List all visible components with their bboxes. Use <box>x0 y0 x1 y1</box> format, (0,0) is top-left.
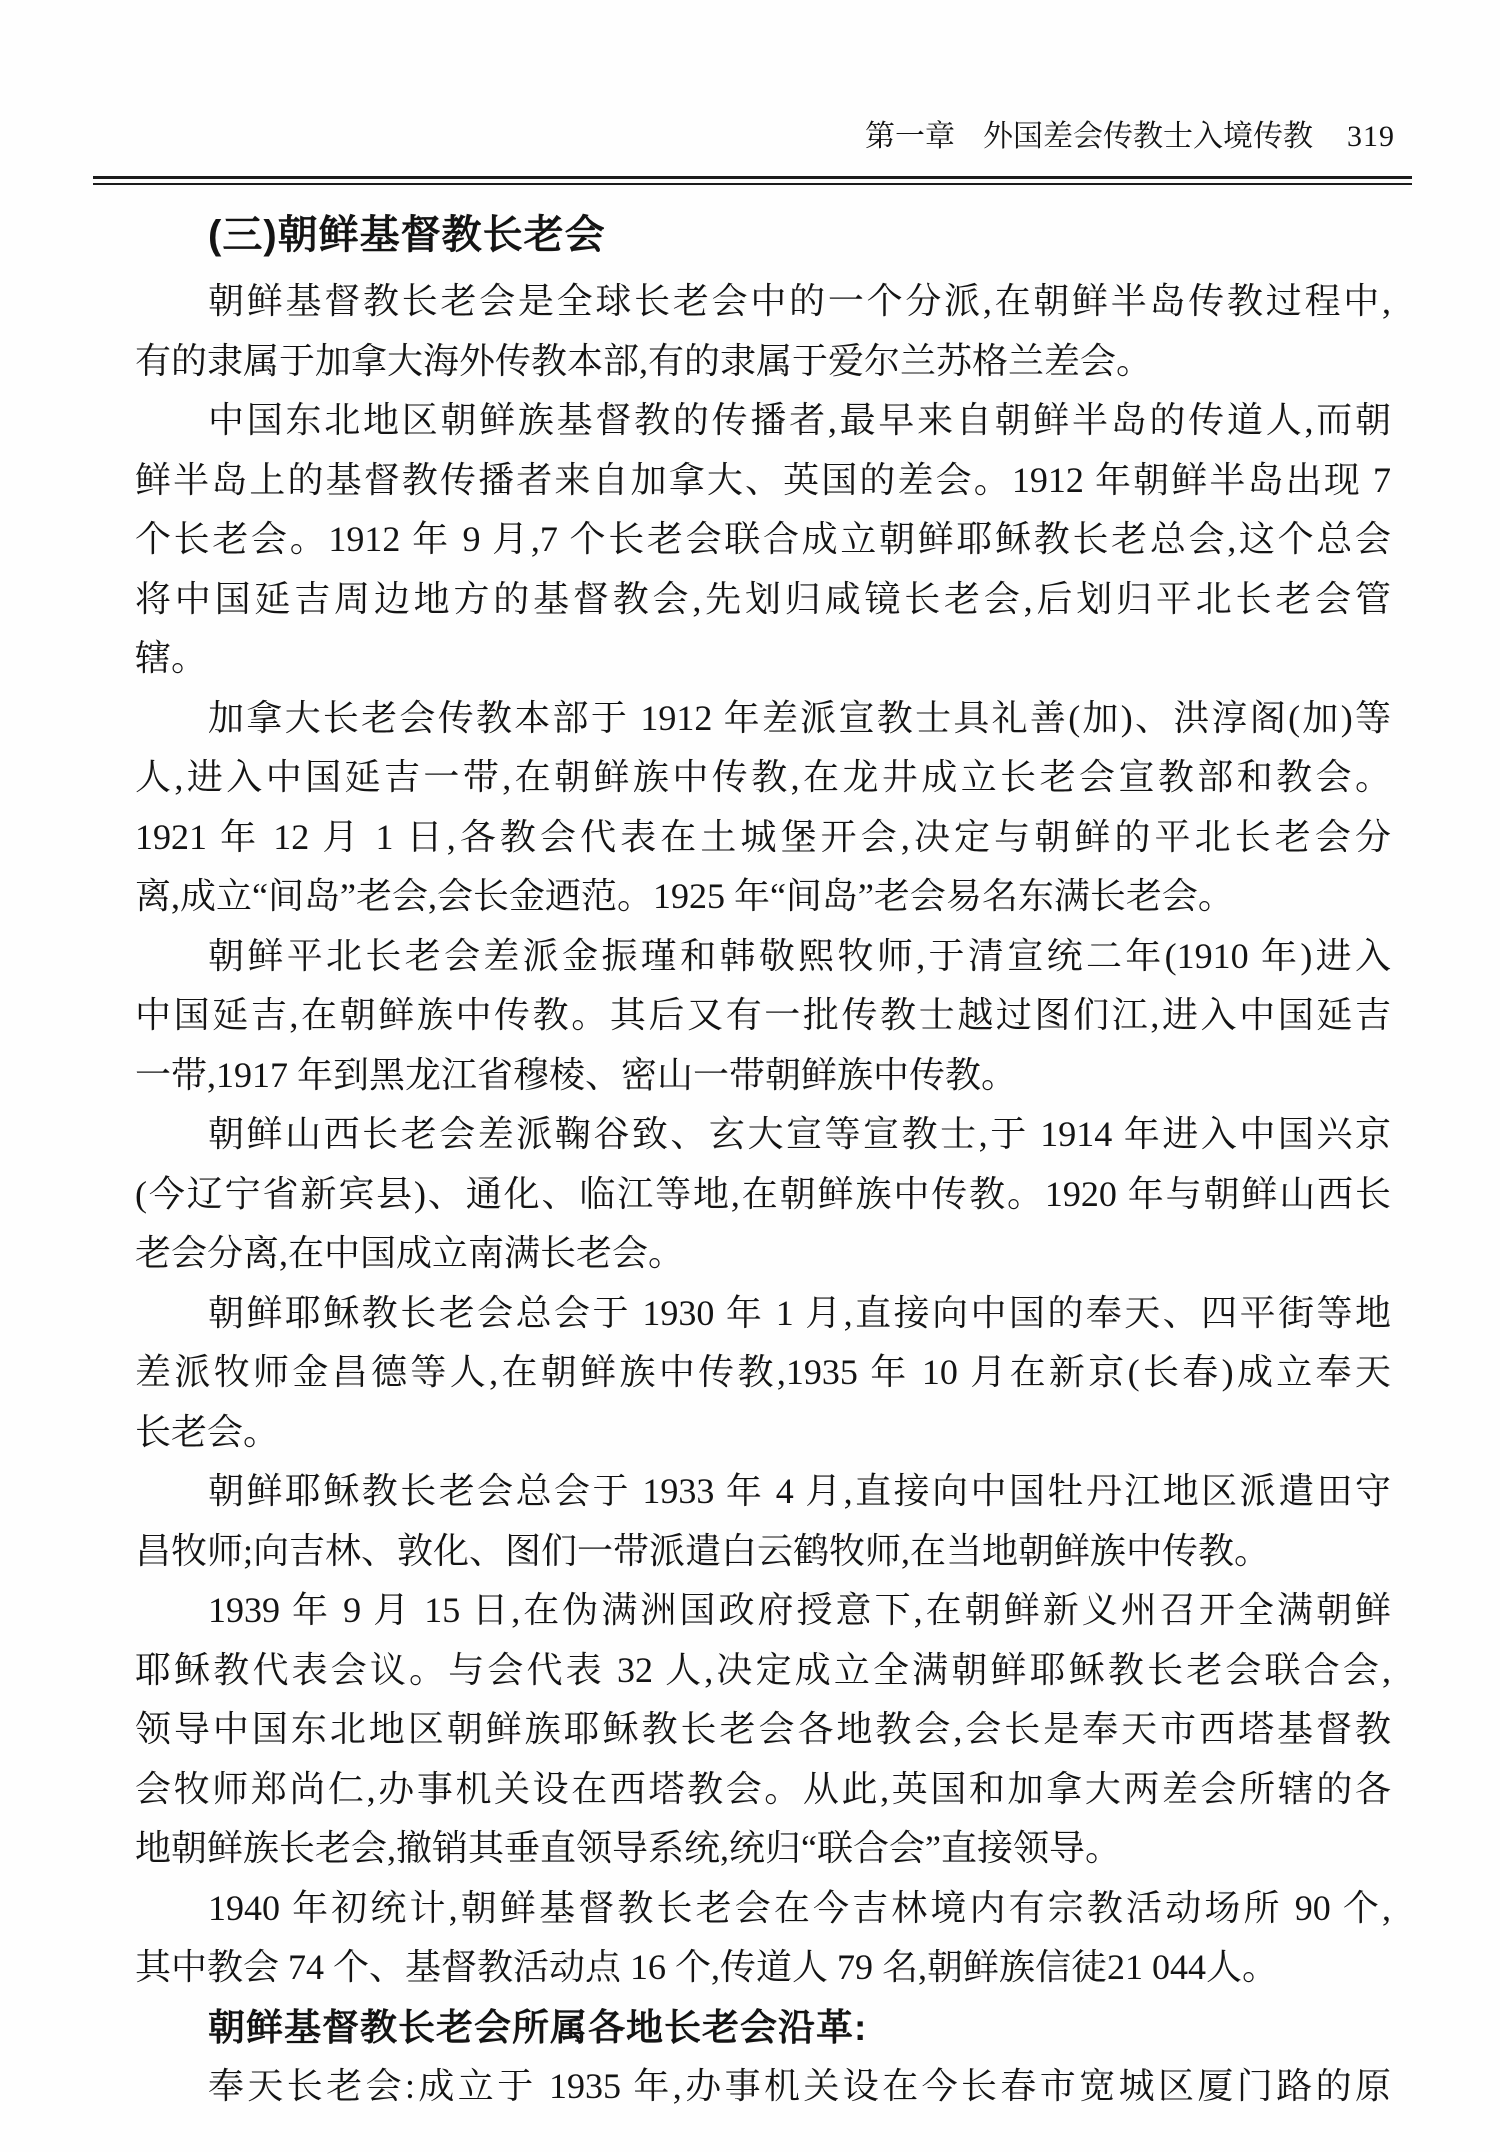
text-line: 地朝鲜族长老会,撤销其垂直领导系统,统归“联合会”直接领导。 <box>135 1819 1391 1879</box>
text-line: 中国东北地区朝鲜族基督教的传播者,最早来自朝鲜半岛的传道人,而朝 <box>135 391 1391 451</box>
text-line: 会牧师郑尚仁,办事机关设在西塔教会。从此,英国和加拿大两差会所辖的各 <box>135 1760 1391 1820</box>
header-title: 外国差会传教士入境传教 <box>983 120 1313 153</box>
text-line: 个长老会。1912 年 9 月,7 个长老会联合成立朝鲜耶稣教长老总会,这个总会 <box>135 510 1391 570</box>
text-line: 领导中国东北地区朝鲜族耶稣教长老会各地教会,会长是奉天市西塔基督教 <box>135 1700 1391 1760</box>
sub-heading: 朝鲜基督教长老会所属各地长老会沿革: <box>135 1998 1391 2058</box>
text-line: 其中教会 74 个、基督教活动点 16 个,传道人 79 名,朝鲜族信徒21 0… <box>135 1938 1391 1998</box>
book-page: 第一章外国差会传教士入境传教319 (三)朝鲜基督教长老会朝鲜基督教长老会是全球… <box>0 0 1500 2152</box>
text-line: 中国延吉,在朝鲜族中传教。其后又有一批传教士越过图们江,进入中国延吉 <box>135 986 1391 1046</box>
text-line: 差派牧师金昌德等人,在朝鲜族中传教,1935 年 10 月在新京(长春)成立奉天 <box>135 1343 1391 1403</box>
text-line: 朝鲜基督教长老会是全球长老会中的一个分派,在朝鲜半岛传教过程中, <box>135 272 1391 332</box>
text-line: 加拿大长老会传教本部于 1912 年差派宣教士具礼善(加)、洪淳阁(加)等 <box>135 689 1391 749</box>
text-line: 耶稣教代表会议。与会代表 32 人,决定成立全满朝鲜耶稣教长老会联合会, <box>135 1641 1391 1701</box>
text-line: 鲜半岛上的基督教传播者来自加拿大、英国的差会。1912 年朝鲜半岛出现 7 <box>135 451 1391 511</box>
text-line: 朝鲜平北长老会差派金振瑾和韩敬熙牧师,于清宣统二年(1910 年)进入 <box>135 927 1391 987</box>
text-line: 朝鲜耶稣教长老会总会于 1930 年 1 月,直接向中国的奉天、四平街等地 <box>135 1284 1391 1344</box>
chapter-label: 第一章 <box>865 120 955 153</box>
text-line: 人,进入中国延吉一带,在朝鲜族中传教,在龙井成立长老会宣教部和教会。 <box>135 748 1391 808</box>
text-line: 辖。 <box>135 629 1391 689</box>
text-line: 一带,1917 年到黑龙江省穆棱、密山一带朝鲜族中传教。 <box>135 1046 1391 1106</box>
text-line: 朝鲜山西长老会差派鞠谷致、玄大宣等宣教士,于 1914 年进入中国兴京 <box>135 1105 1391 1165</box>
header-rule <box>93 176 1412 185</box>
page-content: (三)朝鲜基督教长老会朝鲜基督教长老会是全球长老会中的一个分派,在朝鲜半岛传教过… <box>135 204 1391 2117</box>
text-line: 昌牧师;向吉林、敦化、图们一带派遣白云鹤牧师,在当地朝鲜族中传教。 <box>135 1522 1391 1582</box>
page-number: 319 <box>1347 120 1395 153</box>
text-line: 奉天长老会:成立于 1935 年,办事机关设在今长春市宽城区厦门路的原 <box>135 2057 1391 2117</box>
text-line: 长老会。 <box>135 1403 1391 1463</box>
text-line: 离,成立“间岛”老会,会长金迺范。1925 年“间岛”老会易名东满长老会。 <box>135 867 1391 927</box>
text-line: 1939 年 9 月 15 日,在伪满洲国政府授意下,在朝鲜新义州召开全满朝鲜 <box>135 1581 1391 1641</box>
running-header: 第一章外国差会传教士入境传教319 <box>95 112 1395 162</box>
text-line: 有的隶属于加拿大海外传教本部,有的隶属于爱尔兰苏格兰差会。 <box>135 332 1391 392</box>
text-line: (今辽宁省新宾县)、通化、临江等地,在朝鲜族中传教。1920 年与朝鲜山西长 <box>135 1165 1391 1225</box>
text-line: 老会分离,在中国成立南满长老会。 <box>135 1224 1391 1284</box>
text-line: 朝鲜耶稣教长老会总会于 1933 年 4 月,直接向中国牡丹江地区派遣田守 <box>135 1462 1391 1522</box>
text-line: 将中国延吉周边地方的基督教会,先划归咸镜长老会,后划归平北长老会管 <box>135 570 1391 630</box>
section-heading: (三)朝鲜基督教长老会 <box>135 204 1391 272</box>
text-line: 1921 年 12 月 1 日,各教会代表在土城堡开会,决定与朝鲜的平北长老会分 <box>135 808 1391 868</box>
text-line: 1940 年初统计,朝鲜基督教长老会在今吉林境内有宗教活动场所 90 个, <box>135 1879 1391 1939</box>
